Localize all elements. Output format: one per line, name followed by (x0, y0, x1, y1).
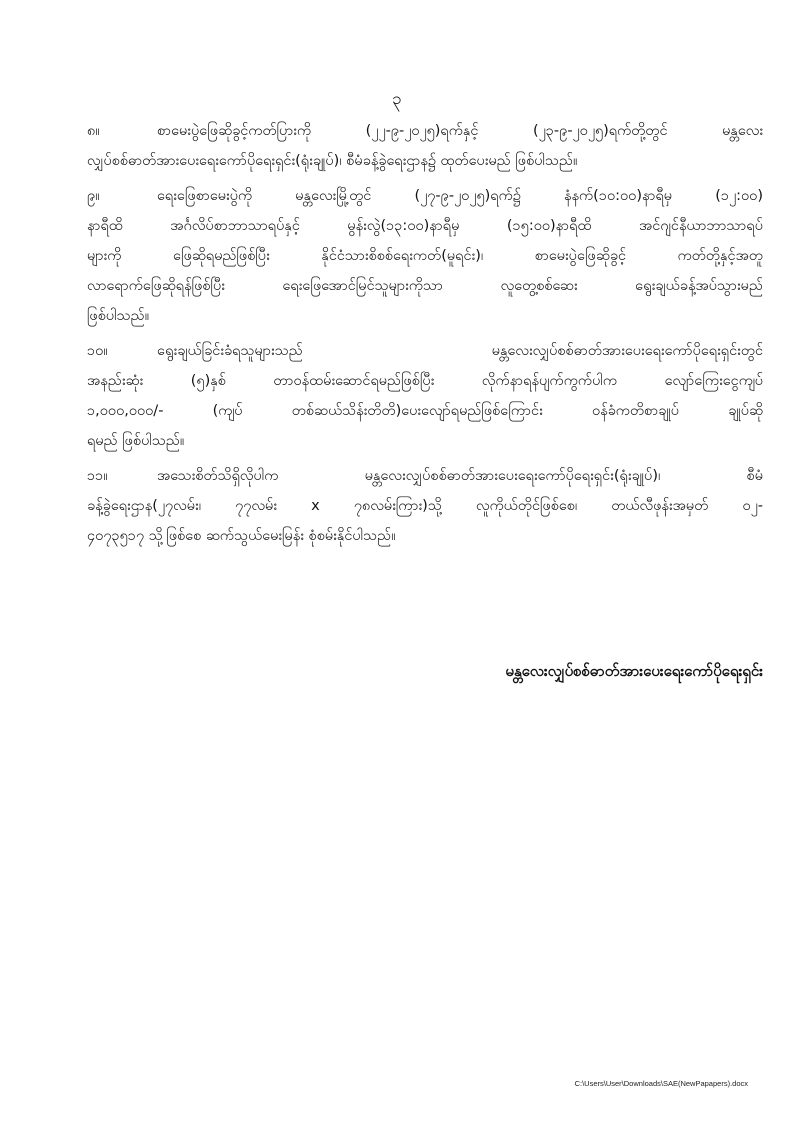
paragraph-line: ၁,၀၀၀,၀၀၀/- (ကျပ် တစ်ဆယ်သိန်းတိတိ)ပေးလျေ… (87, 396, 763, 426)
paragraph-line: လျှပ်စစ်ဓာတ်အားပေးရေးကော်ပိုရေးရှင်း(ရုံ… (87, 146, 763, 176)
document-body: ၈။စာမေးပွဲဖြေဆိုခွင့်ကတ်ပြားကို (၂၂-၉-၂၀… (87, 116, 763, 556)
paragraph-line: အနည်းဆုံး (၅)နှစ် တာဝန်ထမ်းဆောင်ရမည်ဖြစ်… (87, 366, 763, 396)
paragraph-line: ၈။စာမေးပွဲဖြေဆိုခွင့်ကတ်ပြားကို (၂၂-၉-၂၀… (87, 116, 763, 146)
paragraph-text: ရွေးချယ်ခြင်းခံရသူများသည် မန္တလေးလျှပ်စစ… (157, 343, 763, 359)
paragraph-text: ရေးဖြေစာမေးပွဲကို မန္တလေးမြို့တွင် (၂၇-၉… (157, 188, 763, 204)
page-number: ၃ (0, 88, 794, 113)
footer-file-path: C:\Users\User\Downloads\SAE(NewPapapers)… (575, 1079, 748, 1088)
paragraph-line: နာရီထိ အင်္ဂလိပ်စာဘာသာရပ်နှင့် မွန်းလွဲ(… (87, 211, 763, 241)
paragraph-line: ၁၀။ရွေးချယ်ခြင်းခံရသူများသည် မန္တလေးလျှပ… (87, 336, 763, 366)
paragraph-text: စာမေးပွဲဖြေဆိုခွင့်ကတ်ပြားကို (၂၂-၉-၂၀၂၅… (157, 123, 763, 139)
paragraph-9: ၉။ရေးဖြေစာမေးပွဲကို မန္တလေးမြို့တွင် (၂၇… (87, 181, 763, 331)
paragraph-line: လာရောက်ဖြေဆိုရန်ဖြစ်ပြီး ရေးဖြေအောင်မြင်… (87, 271, 763, 301)
paragraph-11: ၁၁။အသေးစိတ်သိရှိလိုပါက မန္တလေးလျှပ်စစ်ဓာ… (87, 461, 763, 551)
paragraph-number: ၁၀။ (87, 336, 157, 366)
paragraph-line: ရမည် ဖြစ်ပါသည်။ (87, 426, 763, 456)
paragraph-line: ဖြစ်ပါသည်။ (87, 301, 763, 331)
paragraph-text: အသေးစိတ်သိရှိလိုပါက မန္တလေးလျှပ်စစ်ဓာတ်အ… (157, 468, 763, 484)
paragraph-line: ၁၁။အသေးစိတ်သိရှိလိုပါက မန္တလေးလျှပ်စစ်ဓာ… (87, 461, 763, 491)
paragraph-8: ၈။စာမေးပွဲဖြေဆိုခွင့်ကတ်ပြားကို (၂၂-၉-၂၀… (87, 116, 763, 176)
paragraph-line: ၄၀၇၃၅၁၇ သို့ဖြစ်စေ ဆက်သွယ်မေးမြန်း စုံစမ… (87, 521, 763, 551)
paragraph-line: ခန့်ခွဲရေးဌာန(၂၇လမ်း၊ ၇၇လမ်း x ၇၈လမ်းကြာ… (87, 491, 763, 521)
paragraph-number: ၉။ (87, 181, 157, 211)
paragraph-line: များကို ဖြေဆိုရမည်ဖြစ်ပြီး နိုင်ငံသားစိစ… (87, 241, 763, 271)
paragraph-line: ၉။ရေးဖြေစာမေးပွဲကို မန္တလေးမြို့တွင် (၂၇… (87, 181, 763, 211)
paragraph-10: ၁၀။ရွေးချယ်ခြင်းခံရသူများသည် မန္တလေးလျှပ… (87, 336, 763, 456)
paragraph-number: ၁၁။ (87, 461, 157, 491)
paragraph-number: ၈။ (87, 116, 157, 146)
signature-organization: မန္တလေးလျှပ်စစ်ဓာတ်အားပေးရေးကော်ပိုရေးရှ… (505, 662, 763, 684)
